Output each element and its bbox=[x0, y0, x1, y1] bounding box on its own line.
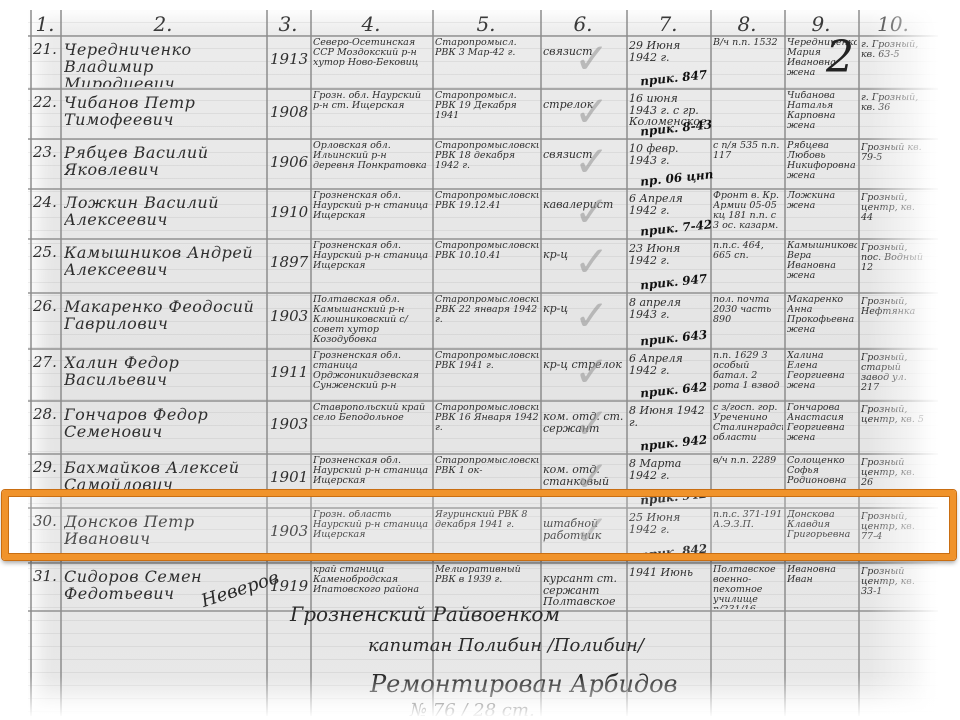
person-name: Чибанов Петр Тимофеевич bbox=[64, 95, 264, 137]
relatives: Чибанова Наталья Карповна жена bbox=[787, 91, 857, 137]
footer-line-4: № 76 / 28 ст. bbox=[410, 700, 535, 716]
person-name: Ложкин Василий Алексеевич bbox=[64, 195, 264, 237]
column-header: 10. bbox=[858, 12, 928, 36]
person-name: Рябцев Василий Яковлевич bbox=[64, 145, 264, 187]
column-header: 4. bbox=[310, 12, 432, 36]
row-number: 22. bbox=[33, 95, 61, 137]
row-divider bbox=[28, 35, 938, 37]
checkmark-icon: ✓ bbox=[574, 347, 609, 396]
relatives: Гончарова Анастасия Георгиевна жена bbox=[787, 403, 857, 452]
checkmark-icon: ✓ bbox=[574, 187, 609, 236]
conscription-office: Старопромысловский РВК 1941 г. bbox=[435, 351, 539, 399]
birth-year: 1906 bbox=[270, 155, 310, 187]
row-divider bbox=[28, 400, 938, 402]
person-name: Халин Федор Васильевич bbox=[64, 355, 264, 399]
address: г. Грозный, кв. 63-5 bbox=[861, 40, 927, 87]
military-unit bbox=[713, 91, 783, 137]
relatives: Рябцева Любовь Никифоровна жена bbox=[787, 141, 857, 187]
conscription-office: Старопромысл. РВК 3 Мар-42 г. bbox=[435, 38, 539, 87]
birthplace: Ставропольский край село Беподольное bbox=[313, 403, 431, 452]
footer-line-1: Грозненский Райвоенком bbox=[290, 602, 560, 626]
checkmark-icon: ✓ bbox=[574, 137, 609, 186]
row-divider bbox=[28, 562, 938, 564]
relatives: Ивановна Иван bbox=[787, 565, 857, 609]
row-number: 24. bbox=[33, 195, 61, 237]
address: г. Грозный, кв. 36 bbox=[861, 93, 927, 137]
birth-year: 1911 bbox=[270, 365, 310, 399]
document-sheet: 1.2.3.4.5.6.7.8.9.10. 21.Чередниченко Вл… bbox=[28, 10, 938, 716]
row-number: 25. bbox=[33, 245, 61, 291]
person-name: Камышников Андрей Алексеевич bbox=[64, 245, 264, 291]
row-divider bbox=[28, 138, 938, 140]
checkmark-icon: ✓ bbox=[574, 399, 609, 448]
checkmark-icon: ✓ bbox=[574, 87, 609, 136]
row-number: 28. bbox=[33, 407, 61, 452]
conscription-office: Старопромысловский РВК 18 декабря 1942 г… bbox=[435, 141, 539, 187]
column-header: 2. bbox=[60, 12, 266, 36]
relatives: Макаренко Анна Прокофьевна жена bbox=[787, 295, 857, 347]
military-unit: пол. почта 2030 часть 890 bbox=[713, 295, 783, 347]
birthplace: Грозненская обл. станица Орджоникидзевск… bbox=[313, 351, 431, 399]
checkmark-icon: ✓ bbox=[574, 34, 609, 83]
relatives: Ложкина жена bbox=[787, 191, 857, 237]
conscription-office: Старопромысловский РВК 10.10.41 bbox=[435, 241, 539, 291]
birth-year: 1913 bbox=[270, 52, 310, 87]
date-missing: 1941 Июнь bbox=[629, 567, 709, 609]
column-header: 3. bbox=[266, 12, 310, 36]
address: Грозный, центр, кв. 5 bbox=[861, 405, 927, 452]
relatives: Халина Елена Георгиевна жена bbox=[787, 351, 857, 399]
birthplace: Грозн. обл. Наурский р-н ст. Ищерская bbox=[313, 91, 431, 137]
birth-year: 1897 bbox=[270, 255, 310, 291]
conscription-office: Старопромысловский РВК 16 Января 1942 г. bbox=[435, 403, 539, 452]
conscription-office: Старопромысловский РВК 22 января 1942 г. bbox=[435, 295, 539, 347]
conscription-office: Старопромысловский РВК 19.12.41 bbox=[435, 191, 539, 237]
column-header: 5. bbox=[432, 12, 540, 36]
birthplace: Северо-Осетинская ССР Моздокский р-н хут… bbox=[313, 38, 431, 87]
address: Грозный кв. 79-5 bbox=[861, 143, 927, 187]
row-divider bbox=[28, 188, 938, 190]
military-unit: с з/госп. гор. Уреченино Сталинградской … bbox=[713, 403, 783, 452]
row-number: 31. bbox=[33, 569, 61, 609]
address: Грозный, Нефтянка bbox=[861, 297, 927, 347]
military-unit: Полтавское военно-пехотное училище п/231… bbox=[713, 565, 783, 609]
column-header: 1. bbox=[30, 12, 60, 36]
birthplace: Полтавская обл. Камышанский р-н Клюшнико… bbox=[313, 295, 431, 347]
military-unit: с п/я 535 п.п. 117 bbox=[713, 141, 783, 187]
person-name: Гончаров Федор Семенович bbox=[64, 407, 264, 452]
row-highlight-box bbox=[2, 490, 956, 560]
column-header: 7. bbox=[626, 12, 710, 36]
birth-year: 1903 bbox=[270, 417, 310, 452]
person-name: Макаренко Феодосий Гаврилович bbox=[64, 299, 264, 347]
row-number: 21. bbox=[33, 42, 61, 87]
address: Грозный центр, кв. 33-1 bbox=[861, 567, 927, 609]
footer-line-2: капитан Полибин /Полибин/ bbox=[368, 635, 644, 656]
address: Грозный, старый завод ул. 217 bbox=[861, 353, 927, 399]
footer-line-3: Ремонтирован Арбидов bbox=[370, 670, 678, 698]
address: Грозный, центр, кв. 44 bbox=[861, 193, 927, 237]
handwritten-mark: 2 bbox=[826, 32, 854, 83]
military-unit: п.п.с. 464, 665 сп. bbox=[713, 241, 783, 291]
address: Грозный, пос. Водный 12 bbox=[861, 243, 927, 291]
row-number: 23. bbox=[33, 145, 61, 187]
column-header: 6. bbox=[540, 12, 626, 36]
checkmark-icon: ✓ bbox=[574, 291, 609, 340]
column-header: 8. bbox=[710, 12, 784, 36]
military-unit: п.п. 1629 3 особый батал. 2 рота 1 взвод bbox=[713, 351, 783, 399]
military-unit: Фронт в. Кр. Армии 05-05 кц 181 п.п. с 3… bbox=[713, 191, 783, 237]
row-number: 26. bbox=[33, 299, 61, 347]
birth-year: 1910 bbox=[270, 205, 310, 237]
conscription-office: Старопромысл. РВК 19 Декабря 1941 bbox=[435, 91, 539, 137]
row-divider bbox=[28, 88, 938, 90]
row-divider bbox=[28, 453, 938, 455]
checkmark-icon: ✓ bbox=[574, 237, 609, 286]
row-divider bbox=[28, 292, 938, 294]
birthplace: Грозненская обл. Наурский р-н станица Ищ… bbox=[313, 241, 431, 291]
relatives: Камышникова Вера Ивановна жена bbox=[787, 241, 857, 291]
person-name: Чередниченко Владимир Миродиевич bbox=[64, 42, 264, 87]
military-unit: В/ч п.п. 1532 bbox=[713, 38, 783, 87]
birthplace: Грозненская обл. Наурский р-н станица Ищ… bbox=[313, 191, 431, 237]
birthplace: Орловская обл. Ильинский р-н деревня Пон… bbox=[313, 141, 431, 187]
row-number: 27. bbox=[33, 355, 61, 399]
birth-year: 1903 bbox=[270, 309, 310, 347]
row-divider bbox=[28, 348, 938, 350]
birth-year: 1908 bbox=[270, 105, 310, 137]
row-divider bbox=[28, 238, 938, 240]
